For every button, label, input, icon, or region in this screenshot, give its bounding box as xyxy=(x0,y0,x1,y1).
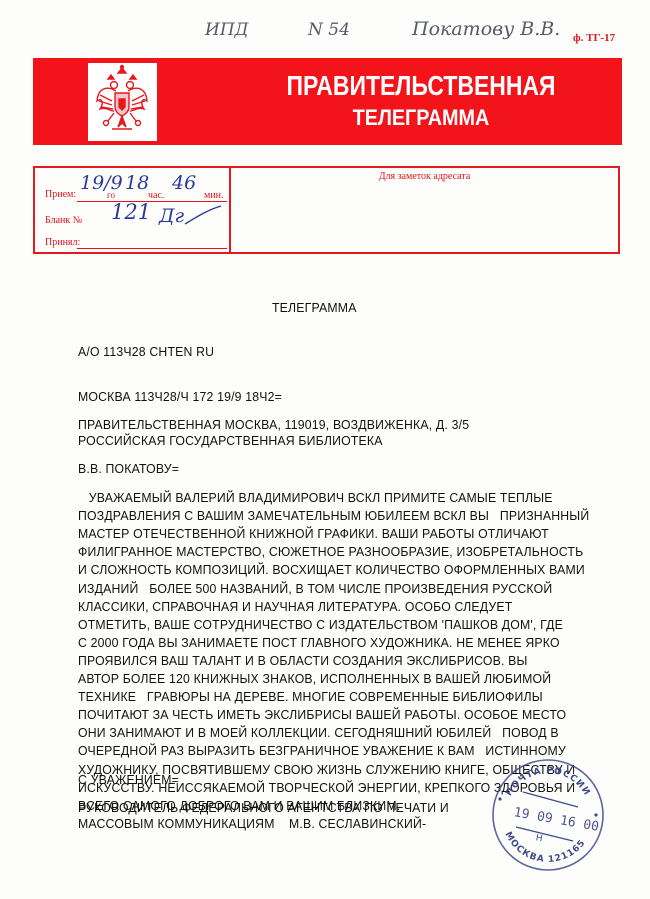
telegram-title: ТЕЛЕГРАММА xyxy=(272,300,357,315)
body-line: УВАЖАЕМЫЙ ВАЛЕРИЙ ВЛАДИМИРОВИЧ ВСКЛ ПРИМ… xyxy=(78,490,553,505)
body-line: МАСТЕР ОТЕЧЕСТВЕННОЙ КНИЖНОЙ ГРАФИКИ. ВА… xyxy=(78,526,549,541)
postmark-stamp: ПОЧТА РОССИИ МОСКВА 121165 19 09 16 00 Н xyxy=(488,755,608,875)
routing-line: A/O 113Ч28 CHTEN RU xyxy=(78,344,214,359)
accepted-by-line xyxy=(77,248,227,249)
body-line: ОТМЕТИТЬ, ВАШЕ СОТРУДНИЧЕСТВО С ИЗДАТЕЛЬ… xyxy=(78,617,563,632)
body-line: ОНИ ЗАНИМАЮТ И В МОЕЙ КОЛЛЕКЦИИ. СЕГОДНЯ… xyxy=(78,725,559,740)
signature-stroke-icon xyxy=(183,204,223,226)
signature-line-2: МАССОВЫМ КОММУНИКАЦИЯМ М.В. СЕСЛАВИНСКИЙ… xyxy=(78,816,426,831)
government-telegram-banner: ПРАВИТЕЛЬСТВЕННАЯ ТЕЛЕГРАММА xyxy=(33,58,622,145)
addressee-notes-label: Для заметок адресата xyxy=(231,171,618,182)
postmark-code: Н xyxy=(535,833,543,844)
postmark-top-text: ПОЧТА РОССИИ xyxy=(504,766,592,798)
address-line-2: РОССИЙСКАЯ ГОСУДАРСТВЕННАЯ БИБЛИОТЕКА xyxy=(78,433,383,448)
address-line-1: ПРАВИТЕЛЬСТВЕННАЯ МОСКВА, 119019, ВОЗДВИ… xyxy=(78,417,469,432)
received-minute-value: 46 xyxy=(172,172,196,194)
closing: С УВАЖЕНИЕМ= xyxy=(78,772,179,787)
blank-number-value: 121 xyxy=(111,200,151,224)
received-day-value: 19/9 xyxy=(80,172,123,194)
postmark-date: 19 09 16 00 xyxy=(513,805,600,835)
minute-label: мин. xyxy=(204,190,224,201)
addressee: В.В. ПОКАТОВУ= xyxy=(78,461,179,476)
body-line: ПРОЯВИЛСЯ ВАШ ТАЛАНТ И В ОБЛАСТИ СОЗДАНИ… xyxy=(78,653,528,668)
handwritten-recipient: Покатову В.В. xyxy=(412,18,560,40)
body-line: ИЗДАНИЙ БОЛЕЕ 500 НАЗВАНИЙ, В ТОМ ЧИСЛЕ … xyxy=(78,581,552,596)
banner-title: ПРАВИТЕЛЬСТВЕННАЯ xyxy=(257,70,585,102)
blank-number-label: Бланк № xyxy=(45,215,82,226)
handwritten-department: ИПД xyxy=(205,20,248,40)
body-line: АВТОР БОЛЕЕ 120 КНИЖНЫХ ЗНАКОВ, ИСПОЛНЕН… xyxy=(78,671,551,686)
body-line: ФИЛИГРАННОЕ МАСТЕРСТВО, СЮЖЕТНОЕ РАЗНООБ… xyxy=(78,544,583,559)
body-line: И СЛОЖНОСТЬ КОМПОЗИЦИЙ. ВОСХИЩАЕТ КОЛИЧЕ… xyxy=(78,562,585,577)
received-label: Прием: xyxy=(45,189,76,200)
received-line xyxy=(77,201,227,202)
body-line: ТЕХНИКЕ ГРАВЮРЫ НА ДЕРЕВЕ. МНОГИЕ СОВРЕМ… xyxy=(78,689,543,704)
reception-form: Прием: го час. мин. 19/9 18 46 Бланк № 1… xyxy=(33,166,620,254)
form-code: ф. ТГ-17 xyxy=(573,32,615,44)
signature-line-1: РУКОВОДИТЕЛЬ ФЕДЕРАЛЬНОГО АГЕНТСТВА ПО П… xyxy=(78,800,449,815)
blank-signature: Дг xyxy=(159,205,184,227)
origin-line: МОСКВА 113Ч28/Ч 172 19/9 18Ч2= xyxy=(78,389,282,404)
svg-text:ПОЧТА РОССИИ: ПОЧТА РОССИИ xyxy=(504,766,592,798)
coat-of-arms-icon xyxy=(88,63,157,141)
emblem-box xyxy=(88,63,157,141)
handwritten-number: N 54 xyxy=(308,20,350,40)
accepted-by-label: Принял: xyxy=(45,237,80,248)
banner-subtitle: ТЕЛЕГРАММА xyxy=(241,105,601,131)
body-line: КЛАССИКИ, СПРАВОЧНАЯ И НАУЧНАЯ ЛИТЕРАТУР… xyxy=(78,599,512,614)
received-hour-value: 18 xyxy=(125,172,149,194)
body-line: ПОЧИТАЮТ ЗА ЧЕСТЬ ИМЕТЬ ЭКСЛИБРИСЫ ВАШЕЙ… xyxy=(78,707,566,722)
body-line: С 2000 ГОДА ВЫ ЗАНИМАЕТЕ ПОСТ ГЛАВНОГО Х… xyxy=(78,635,560,650)
body-line: ПОЗДРАВЛЕНИЯ С ВАШИМ ЗАМЕЧАТЕЛЬНЫМ ЮБИЛЕ… xyxy=(78,508,589,523)
